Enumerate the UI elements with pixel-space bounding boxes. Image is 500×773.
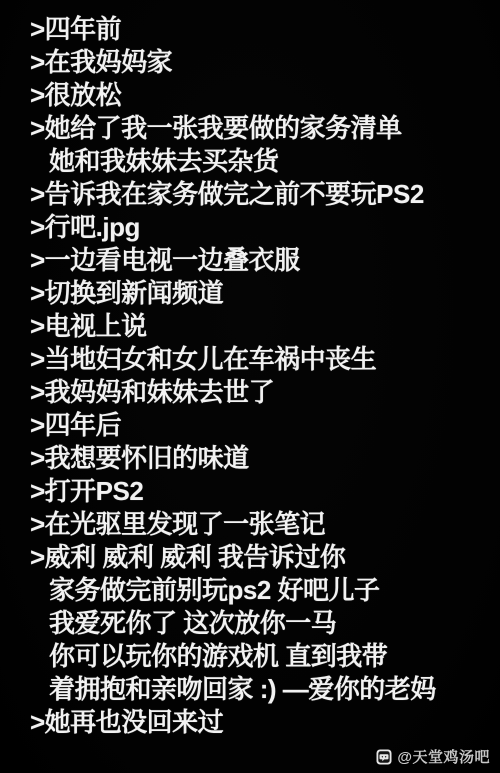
greentext-line: >告诉我在家务做完之前不要玩PS2: [30, 178, 494, 211]
greentext-line: >四年前: [30, 13, 494, 46]
meme-image: >四年前 >在我妈妈家 >很放松 >她给了我一张我要做的家务清单 她和我妹妹去买…: [0, 0, 500, 773]
greentext-body: >四年前 >在我妈妈家 >很放松 >她给了我一张我要做的家务清单 她和我妹妹去买…: [30, 13, 494, 739]
greentext-line-continuation: 她和我妹妹去买杂货: [30, 145, 494, 178]
greentext-line-continuation: 家务做完前别玩ps2 好吧儿子: [30, 574, 494, 607]
tieba-badge-icon: [376, 749, 392, 765]
greentext-line: >电视上说: [30, 310, 494, 343]
greentext-line-continuation: 我爱死你了 这次放你一马: [30, 607, 494, 640]
greentext-line: >一边看电视一边叠衣服: [30, 244, 494, 277]
watermark-handle: @天堂鸡汤吧: [397, 746, 490, 767]
greentext-line-continuation: 着拥抱和亲吻回家 :) —爱你的老妈: [30, 673, 494, 706]
greentext-line: >她再也没回来过: [30, 706, 494, 739]
greentext-line: >在我妈妈家: [30, 46, 494, 79]
greentext-line: >四年后: [30, 409, 494, 442]
greentext-line-continuation: 你可以玩你的游戏机 直到我带: [30, 640, 494, 673]
greentext-line: >在光驱里发现了一张笔记: [30, 508, 494, 541]
greentext-line: >当地妇女和女儿在车祸中丧生: [30, 343, 494, 376]
greentext-line: >她给了我一张我要做的家务清单: [30, 112, 494, 145]
watermark: @天堂鸡汤吧: [376, 746, 490, 767]
greentext-line: >很放松: [30, 79, 494, 112]
greentext-line: >切换到新闻频道: [30, 277, 494, 310]
greentext-line: >威利 威利 威利 我告诉过你: [30, 541, 494, 574]
greentext-line: >打开PS2: [30, 475, 494, 508]
greentext-line: >行吧.jpg: [30, 211, 494, 244]
greentext-line: >我妈妈和妹妹去世了: [30, 376, 494, 409]
greentext-line: >我想要怀旧的味道: [30, 442, 494, 475]
